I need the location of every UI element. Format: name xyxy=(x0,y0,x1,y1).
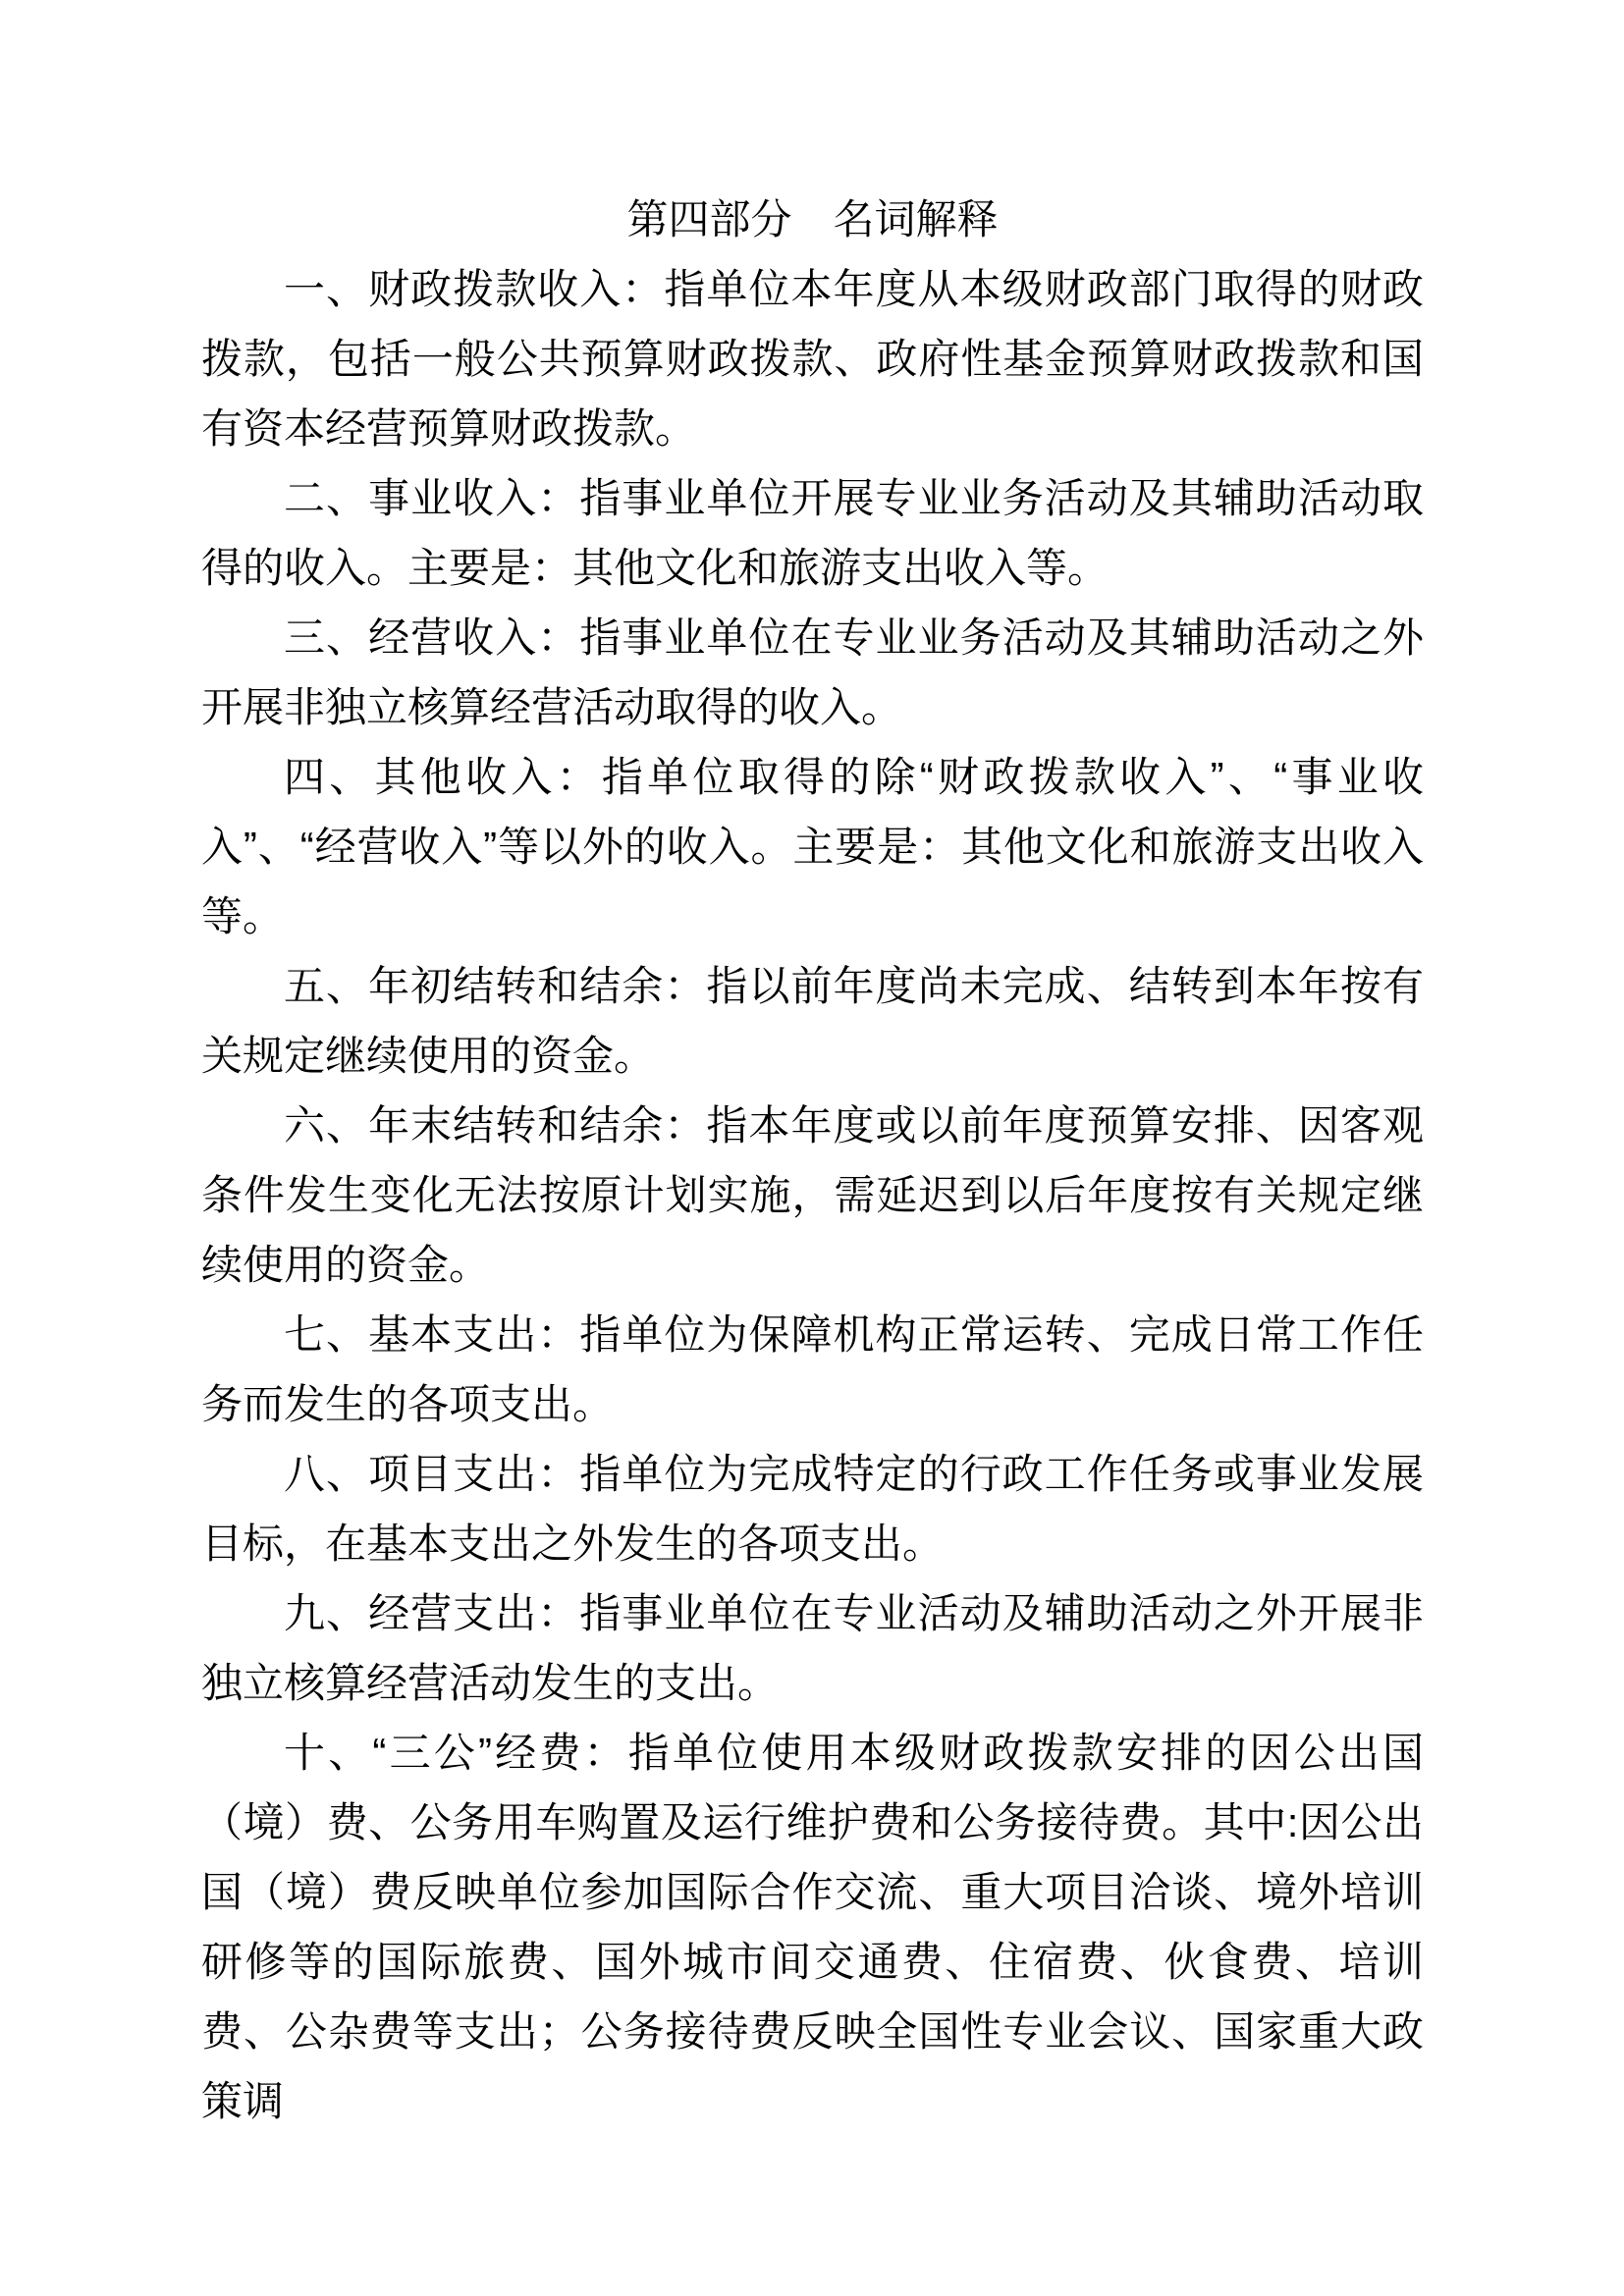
section-title: 第四部分 名词解释 xyxy=(201,185,1424,254)
document-content: 第四部分 名词解释 一、财政拨款收入：指单位本年度从本级财政部门取得的财政拨款，… xyxy=(201,185,1424,2136)
definition-paragraph: 五、年初结转和结余：指以前年度尚未完成、结转到本年按有关规定继续使用的资金。 xyxy=(201,951,1424,1091)
paragraph-list: 一、财政拨款收入：指单位本年度从本级财政部门取得的财政拨款，包括一般公共预算财政… xyxy=(201,254,1424,2136)
document-page: 第四部分 名词解释 一、财政拨款收入：指单位本年度从本级财政部门取得的财政拨款，… xyxy=(0,0,1624,2296)
definition-paragraph: 十、“三公”经费：指单位使用本级财政拨款安排的因公出国（境）费、公务用车购置及运… xyxy=(201,1718,1424,2136)
definition-paragraph: 二、事业收入：指事业单位开展专业业务活动及其辅助活动取得的收入。主要是：其他文化… xyxy=(201,463,1424,603)
definition-paragraph: 八、项目支出：指单位为完成特定的行政工作任务或事业发展目标，在基本支出之外发生的… xyxy=(201,1439,1424,1578)
definition-paragraph: 七、基本支出：指单位为保障机构正常运转、完成日常工作任务而发生的各项支出。 xyxy=(201,1300,1424,1439)
definition-paragraph: 六、年末结转和结余：指本年度或以前年度预算安排、因客观条件发生变化无法按原计划实… xyxy=(201,1091,1424,1300)
definition-paragraph: 九、经营支出：指事业单位在专业活动及辅助活动之外开展非独立核算经营活动发生的支出… xyxy=(201,1578,1424,1718)
definition-paragraph: 一、财政拨款收入：指单位本年度从本级财政部门取得的财政拨款，包括一般公共预算财政… xyxy=(201,254,1424,463)
definition-paragraph: 三、经营收入：指事业单位在专业业务活动及其辅助活动之外开展非独立核算经营活动取得… xyxy=(201,603,1424,742)
definition-paragraph: 四、其他收入：指单位取得的除“财政拨款收入”、“事业收入”、“经营收入”等以外的… xyxy=(201,742,1424,951)
